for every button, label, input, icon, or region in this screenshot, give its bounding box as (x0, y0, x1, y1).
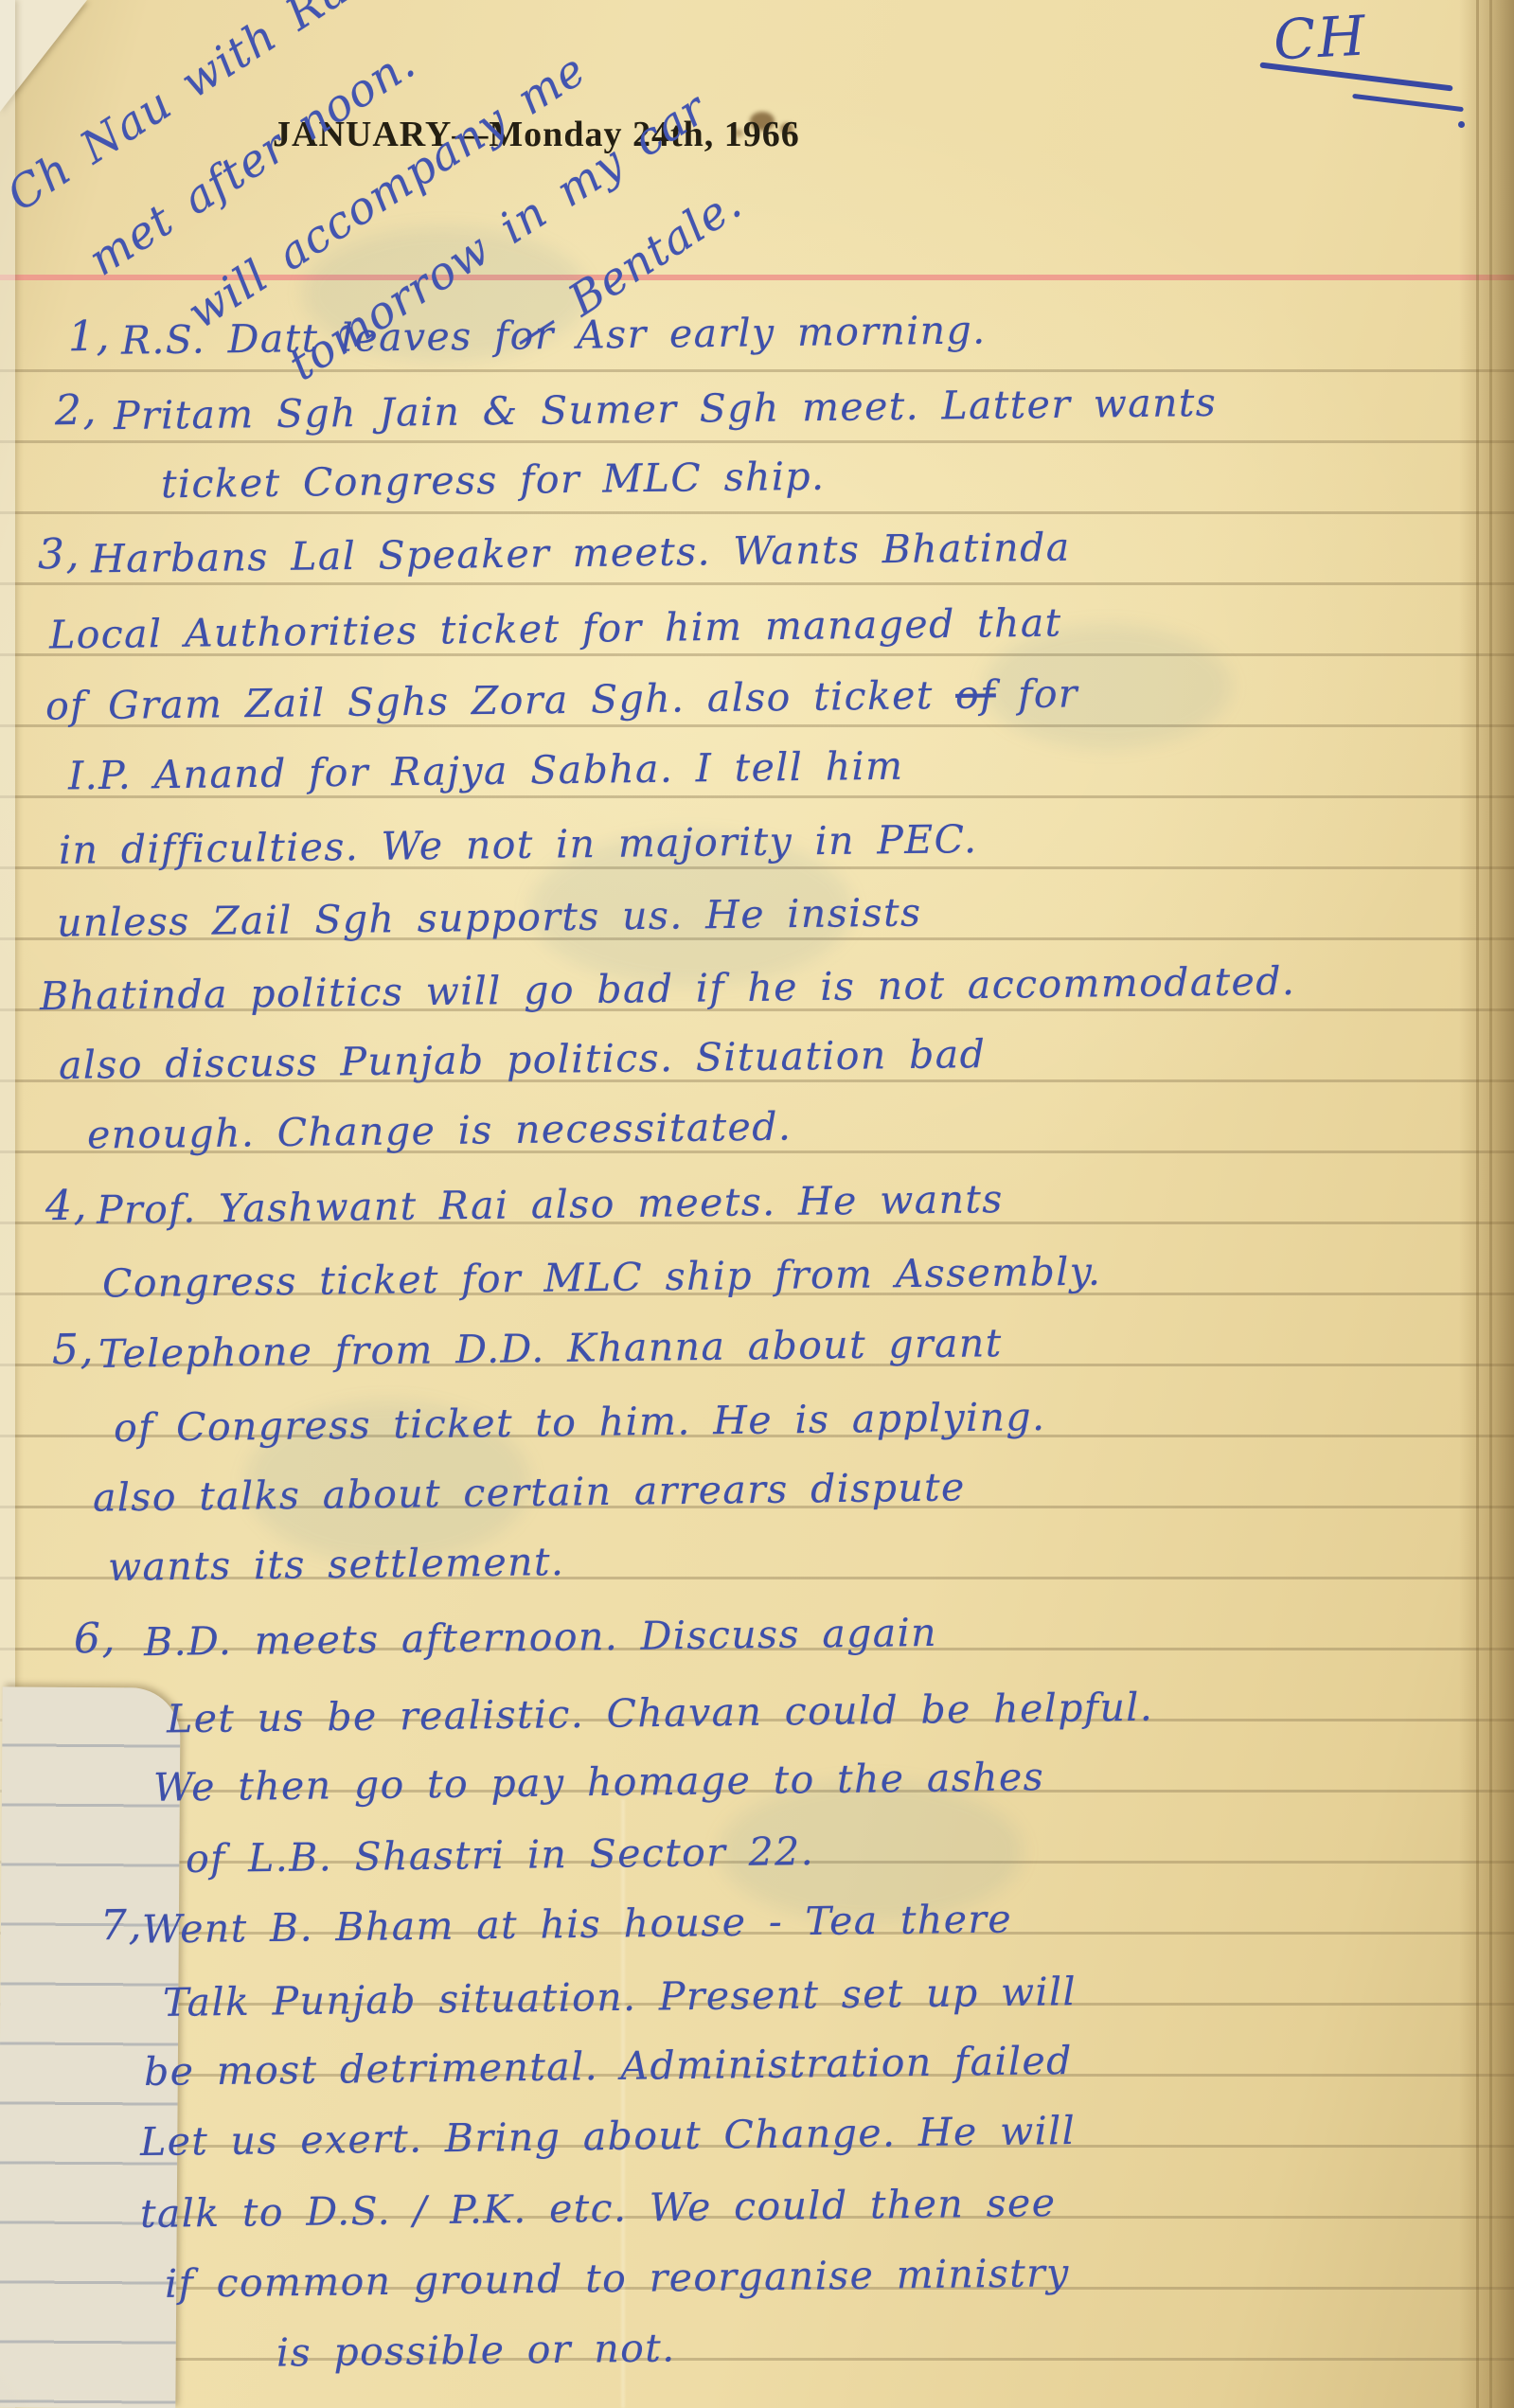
entry-line: Let us be realistic. Chavan could be hel… (167, 1685, 1154, 1742)
right-page-edge (1459, 0, 1514, 2408)
entry-line: I.P. Anand for Rajya Sabha. I tell him (68, 743, 904, 799)
entry-line: enough. Change is necessitated. (87, 1103, 793, 1157)
entry-line: R.S. Datt leaves for Asr early morning. (121, 307, 987, 363)
entry-number: 3, (38, 530, 80, 580)
entry-line: also talks about certain arrears dispute (93, 1464, 966, 1520)
entry-number: 6, (74, 1614, 116, 1664)
entry-line: wants its settlement. (108, 1539, 565, 1590)
entry-line: Telephone from D.D. Khanna about grant (98, 1320, 1003, 1377)
entry-number: 2, (55, 386, 98, 436)
entry-line: Bhatinda politics will go bad if he is n… (40, 958, 1296, 1019)
entry-line: talk to D.S. / P.K. etc. We could then s… (140, 2180, 1057, 2237)
entry-number: 1, (68, 312, 111, 362)
entry-line: of Congress ticket to him. He is applyin… (114, 1394, 1046, 1451)
strikethrough-word: of (955, 671, 996, 718)
entry-line: of L.B. Shastri in Sector 22. (186, 1828, 815, 1882)
entry-line-segment: of Gram Zail Sghs Zora Sgh. also ticket (45, 672, 956, 729)
entry-line: also discuss Punjab politics. Situation … (59, 1031, 987, 1088)
entry-number: 4, (45, 1182, 88, 1231)
entry-line: Prof. Yashwant Rai also meets. He wants (97, 1176, 1004, 1233)
corner-mark-underline (1352, 94, 1464, 112)
entry-line: Let us exert. Bring about Change. He wil… (140, 2108, 1077, 2165)
entry-line: in difficulties. We not in majority in P… (59, 816, 978, 873)
entry-line: Went B. Bham at his house - Tea there (142, 1896, 1013, 1952)
entry-line: be most detrimental. Administration fail… (144, 2038, 1073, 2095)
entry-line: B.D. meets afternoon. Discuss again (144, 1610, 937, 1665)
entry-line: We then go to pay homage to the ashes (153, 1754, 1045, 1810)
corner-mark: CH (1272, 3, 1368, 72)
diary-page: JANUARY—Monday 24th, 1966 CH Ch Nau with… (0, 0, 1514, 2408)
corner-mark-dot (1458, 121, 1465, 128)
entry-number: 7, (100, 1901, 143, 1951)
entry-line: of Gram Zail Sghs Zora Sgh. also ticket … (45, 670, 1078, 728)
entry-line: unless Zail Sgh supports us. He insists (57, 889, 922, 945)
entry-line: Talk Punjab situation. Present set up wi… (163, 1969, 1078, 2025)
entry-line: if common ground to reorganise ministry (165, 2250, 1070, 2307)
entry-line: Local Authorities ticket for him managed… (49, 599, 1062, 657)
entry-line: is possible or not. (276, 2325, 676, 2375)
entry-line: ticket Congress for MLC ship. (161, 454, 826, 508)
entry-line: Congress ticket for MLC ship from Assemb… (102, 1249, 1102, 1307)
entry-line-segment: for (995, 670, 1078, 717)
paper-crease (621, 1799, 625, 2408)
entry-number: 5, (52, 1326, 95, 1375)
